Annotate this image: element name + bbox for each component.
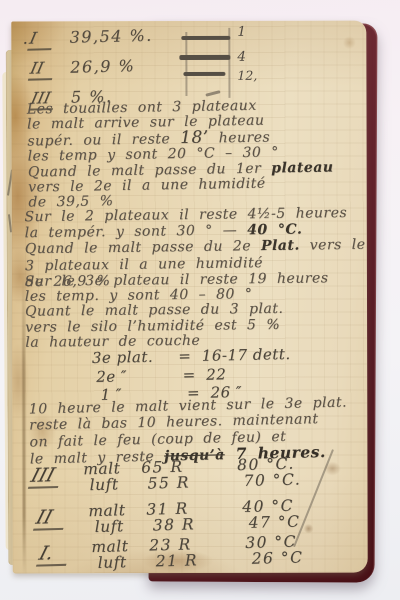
measure-value: 55 R <box>147 473 243 492</box>
sketch-tick-mark <box>205 90 220 97</box>
sketch-shelf-label: 4 <box>237 49 246 65</box>
measure-group-III: III malt 65 R 80 °C. luft 55 R 70 °C. <box>31 455 302 494</box>
notes-paragraph-1: Les touailles ont 3 plateaux le malt arr… <box>27 97 334 211</box>
couche-label: 3e plat. <box>92 347 168 367</box>
measure-value: 38 R <box>153 515 249 534</box>
measure-value: 21 R <box>156 551 252 570</box>
temperature-measurements: III malt 65 R 80 °C. luft 55 R 70 °C. II… <box>31 455 304 573</box>
roman-numeral: II <box>28 58 57 81</box>
roman-numeral: I. <box>36 542 73 567</box>
couche-value: 16-17 dett. <box>202 345 291 365</box>
sketch-shelf-bar <box>183 72 225 76</box>
sketch-shelf-bar <box>181 36 230 40</box>
measure-label: luft <box>95 517 153 535</box>
roman-numeral: III <box>28 464 65 489</box>
equals-sign: = <box>172 365 206 384</box>
measure-temp: 47 °C <box>248 513 300 530</box>
sketch-wall-line <box>185 32 187 96</box>
measure-temp: 26 °C <box>251 549 303 566</box>
sketch-shelf-label: 1 <box>237 24 246 40</box>
measure-temp: 70 °C. <box>243 471 301 489</box>
measure-label: luft <box>98 553 156 571</box>
measure-label: luft <box>89 476 147 494</box>
notebook-page: . I 39,54 %. II 26,9 % III 5 %. 1 4 12, … <box>11 21 367 574</box>
roman-numeral: II <box>33 506 70 531</box>
stat-value: 39,54 %. <box>69 26 153 47</box>
roman-numeral: I <box>27 28 56 51</box>
couche-label: 2e ″ <box>96 366 172 386</box>
measure-group-I: I. malt 23 R 30 °C luft 21 R 26 °C <box>39 533 304 572</box>
sketch-shelf-bar <box>179 55 230 60</box>
stat-value: 26,9 % <box>70 56 135 77</box>
couche-value: 22 <box>206 365 226 384</box>
notes-paragraph-3: Sur le 3e plateau il reste 19 heures les… <box>25 271 330 350</box>
sketch-shelf-label: 12, <box>237 68 257 83</box>
measure-group-II: II malt 31 R 40 °C luft 38 R 47 °C <box>36 497 303 536</box>
stat-row: . I 39,54 %. <box>22 26 153 59</box>
equals-sign: = <box>168 347 202 366</box>
stat-row: II 26,9 % <box>23 56 154 89</box>
